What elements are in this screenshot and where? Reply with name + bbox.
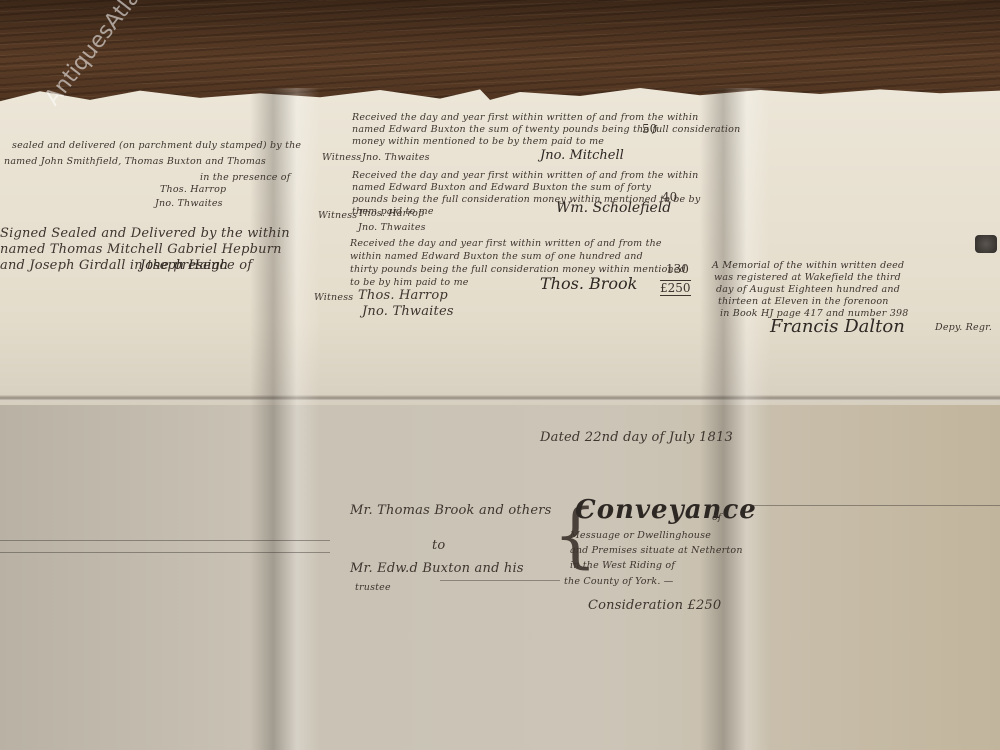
witness-label: Witness bbox=[322, 152, 361, 163]
receipt-text: money within mentioned to be by them pai… bbox=[352, 136, 604, 147]
document-title: Conveyance bbox=[575, 495, 757, 525]
deed-lower-fold bbox=[0, 405, 1000, 750]
title-of: of bbox=[712, 512, 722, 523]
text-line: in the presence of bbox=[200, 172, 290, 183]
memorial-line: day of August Eighteen hundred and bbox=[716, 284, 900, 295]
signature: Jno. Mitchell bbox=[540, 148, 624, 163]
receipt-text: Received the day and year first within w… bbox=[352, 170, 698, 181]
property-line: in the West Riding of bbox=[570, 560, 675, 571]
party-to-2: trustee bbox=[355, 582, 391, 593]
property-line: the County of York. — bbox=[564, 576, 673, 587]
dated-line: Dated 22nd day of July 1813 bbox=[540, 430, 733, 445]
fold-crease-right bbox=[700, 88, 770, 750]
memorial-line: was registered at Wakefield the third bbox=[714, 272, 901, 283]
party-to: Mr. Edw.d Buxton and his bbox=[350, 561, 524, 576]
witness-name: Jno. Thwaites bbox=[362, 304, 454, 319]
text-line: named John Smithfield, Thomas Buxton and… bbox=[4, 156, 266, 167]
witness-name: Thos. Harrop bbox=[358, 288, 448, 303]
witness-name: Jno. Thwaites bbox=[155, 198, 223, 209]
property-line: Messuage or Dwellinghouse bbox=[570, 530, 711, 541]
fold-crease-left bbox=[250, 88, 320, 750]
witness-name: Jno. Thwaites bbox=[362, 152, 430, 163]
witness-label: Witness bbox=[314, 292, 353, 303]
receipt-text: Received the day and year first within w… bbox=[350, 238, 662, 249]
witness-name: Thos. Harrop bbox=[358, 208, 424, 219]
text-line: named Thomas Mitchell Gabriel Hepburn bbox=[0, 242, 282, 257]
registrar-title: Depy. Regr. bbox=[935, 322, 992, 333]
witness-name: Thos. Harrop bbox=[160, 184, 226, 195]
signature: Thos. Brook bbox=[540, 274, 637, 293]
receipt-text: to be by him paid to me bbox=[350, 277, 469, 288]
memorial-line: A Memorial of the within written deed bbox=[712, 260, 904, 271]
receipt-text: named Edward Buxton and Edward Buxton th… bbox=[352, 182, 651, 193]
party-from: Mr. Thomas Brook and others bbox=[350, 503, 552, 518]
party-to-label: to bbox=[432, 538, 445, 553]
ruled-line bbox=[750, 505, 1000, 506]
receipt-text: named Edward Buxton the sum of twenty po… bbox=[352, 124, 740, 135]
witness-label: Witness bbox=[318, 210, 357, 221]
receipt-text: within named Edward Buxton the sum of on… bbox=[350, 251, 643, 262]
text-line: sealed and delivered (on parchment duly … bbox=[12, 140, 301, 151]
signature: Wm. Scholefield bbox=[556, 200, 671, 216]
ruled-line bbox=[440, 580, 560, 581]
property-line: and Premises situate at Netherton bbox=[570, 545, 743, 556]
text-line: Signed Sealed and Delivered by the withi… bbox=[0, 226, 290, 241]
receipt-amount: 40 bbox=[662, 190, 677, 204]
witness-name: Jno. Thwaites bbox=[358, 222, 426, 233]
registrar-signature: Francis Dalton bbox=[770, 316, 905, 337]
receipt-amount: 130 bbox=[666, 262, 689, 276]
receipt-amount: 50 bbox=[642, 122, 657, 136]
consideration: Consideration £250 bbox=[588, 598, 721, 613]
wax-seal-stamp bbox=[975, 235, 997, 253]
ruled-line bbox=[0, 552, 330, 553]
ruled-line bbox=[0, 540, 330, 541]
memorial-line: thirteen at Eleven in the forenoon bbox=[718, 296, 889, 307]
signature: Joseph Haigh bbox=[140, 258, 228, 273]
receipt-total: £250 bbox=[660, 280, 691, 296]
fold-crease-horizontal bbox=[0, 395, 1000, 401]
